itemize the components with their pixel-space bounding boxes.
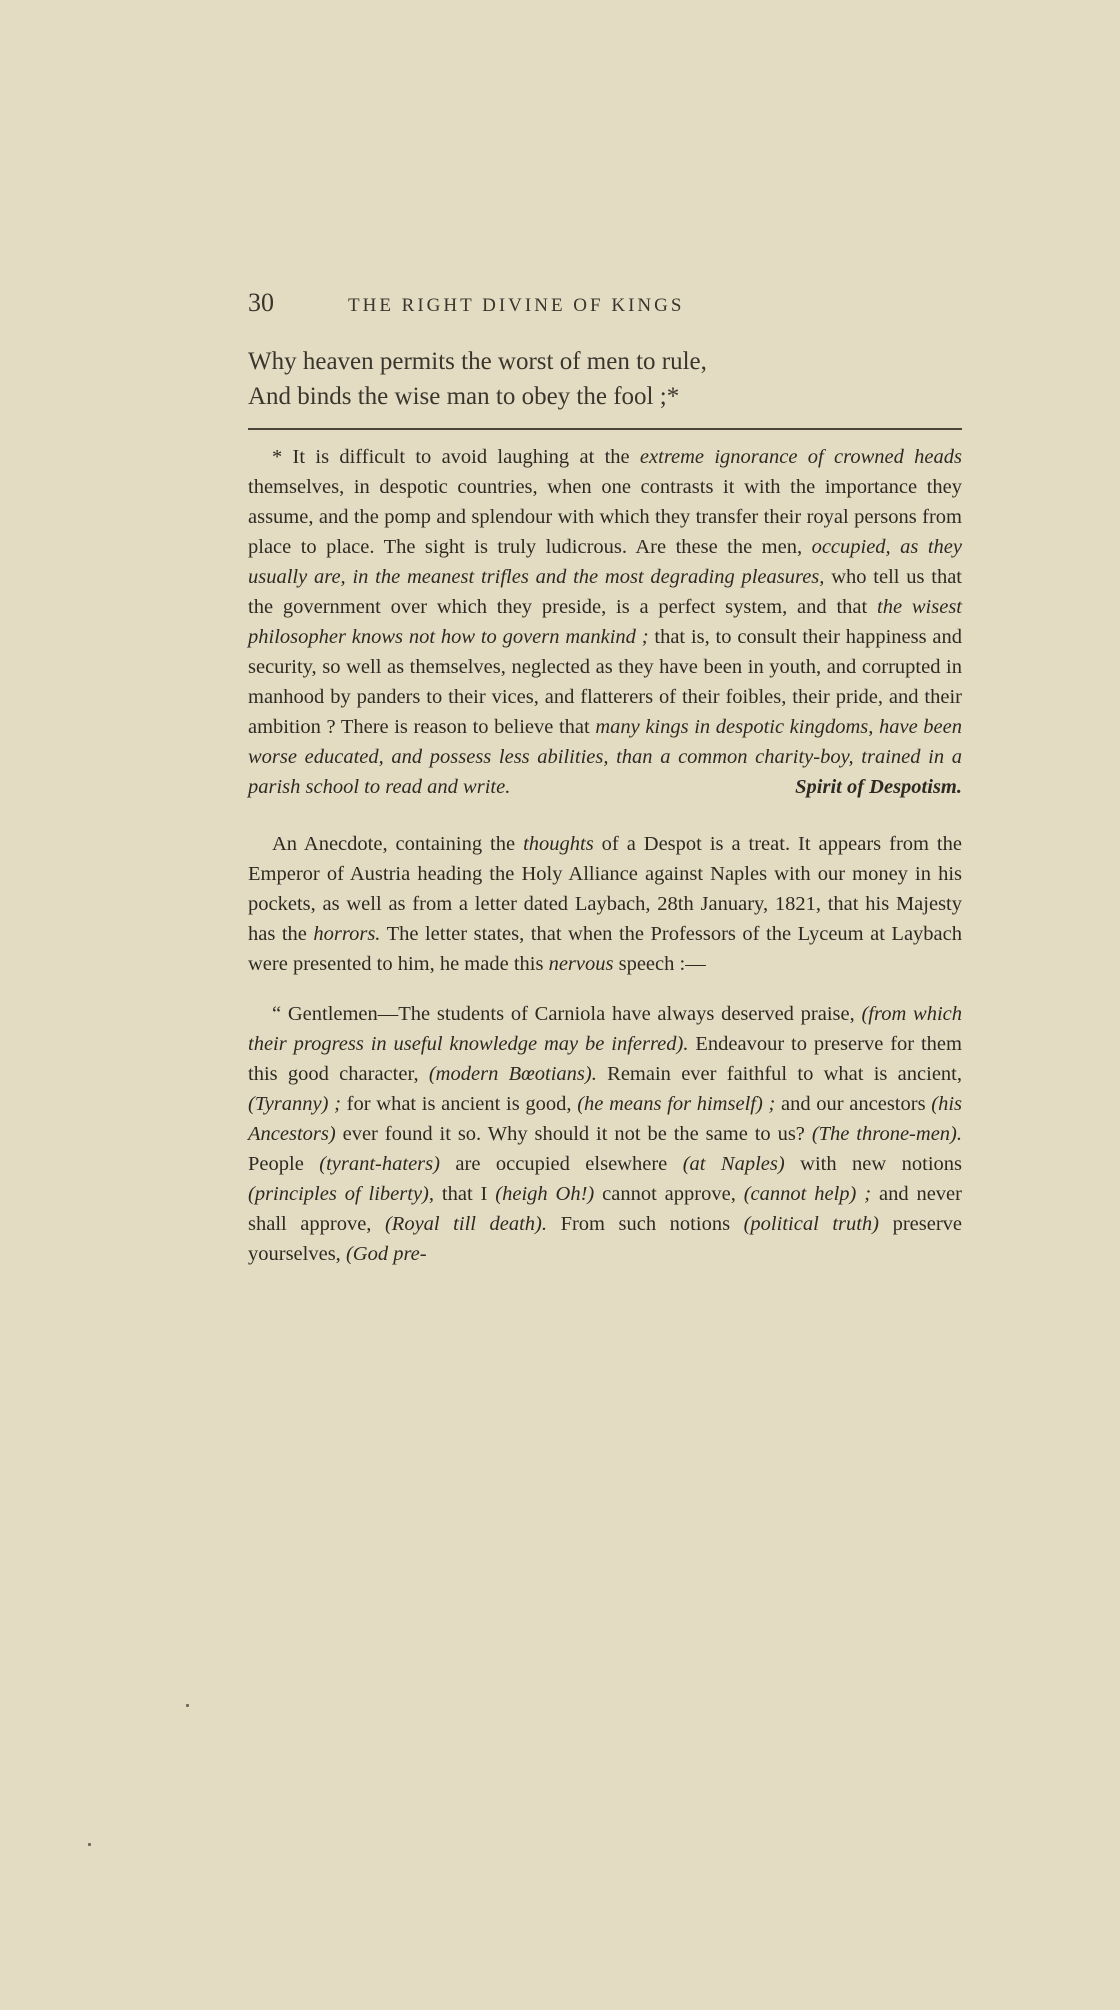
verse-couplet: Why heaven permits the worst of men to r… [248,344,962,414]
footnote-text: * It is difficult to avoid laughing at t… [272,446,640,468]
paragraph-text: Remain ever faithful to what is ancient, [597,1063,962,1085]
paragraph-emphasis: (he means for himself) ; [577,1093,775,1115]
paragraph-emphasis: (Royal till death). [385,1213,547,1235]
scan-speck [186,1704,189,1707]
scan-speck [88,1843,91,1846]
paragraph-emphasis: (cannot help) ; [744,1183,871,1205]
paragraph-text: for what is ancient is good, [341,1093,577,1115]
paragraph-emphasis: (God pre- [346,1243,427,1265]
footnote-divider [248,428,962,430]
paragraph-emphasis: thoughts [523,833,594,855]
paragraph-speech: “ Gentlemen—The students of Carniola hav… [248,999,962,1269]
paragraph-text: speech :— [613,953,705,975]
verse-line-1: Why heaven permits the worst of men to r… [248,344,962,379]
book-page: 30 THE RIGHT DIVINE OF KINGS Why heaven … [248,288,962,1290]
paragraph-anecdote: An Anecdote, containing the thoughts of … [248,829,962,979]
paragraph-text: that I [434,1183,495,1205]
paragraph-emphasis: (tyrant-haters) [319,1153,440,1175]
paragraph-emphasis: (heigh Oh!) [495,1183,594,1205]
paragraph-emphasis: (The throne-men). [812,1123,962,1145]
paragraph-text: People [248,1153,319,1175]
paragraph-emphasis: (at Naples) [683,1153,785,1175]
paragraph-emphasis: (Tyranny) ; [248,1093,341,1115]
footnote-source: Spirit of Despotism. [771,772,962,802]
paragraph-text: with new notions [785,1153,962,1175]
paragraph-text: An Anecdote, containing the [272,833,523,855]
page-number: 30 [248,288,348,318]
paragraph-text: and our ancestors [775,1093,931,1115]
paragraph-emphasis: horrors. [313,923,380,945]
paragraph-text: From such notions [547,1213,744,1235]
paragraph-text: ever found it so. Why should it not be t… [336,1123,812,1145]
paragraph-emphasis: nervous [549,953,614,975]
verse-line-2: And binds the wise man to obey the fool … [248,379,962,414]
footnote-emphasis: extreme ignorance of crowned heads [640,446,962,468]
paragraph-text: are occupied elsewhere [440,1153,683,1175]
paragraph-emphasis: (modern Bœotians). [429,1063,597,1085]
running-head: 30 THE RIGHT DIVINE OF KINGS [248,288,962,328]
paragraph-emphasis: (political truth) [744,1213,879,1235]
paragraph-emphasis: (principles of liberty), [248,1183,434,1205]
paragraph-text: “ Gentlemen—The students of Carniola hav… [272,1003,861,1025]
running-title: THE RIGHT DIVINE OF KINGS [348,295,684,317]
footnote: * It is difficult to avoid laughing at t… [248,442,962,802]
paragraph-text: cannot approve, [594,1183,743,1205]
